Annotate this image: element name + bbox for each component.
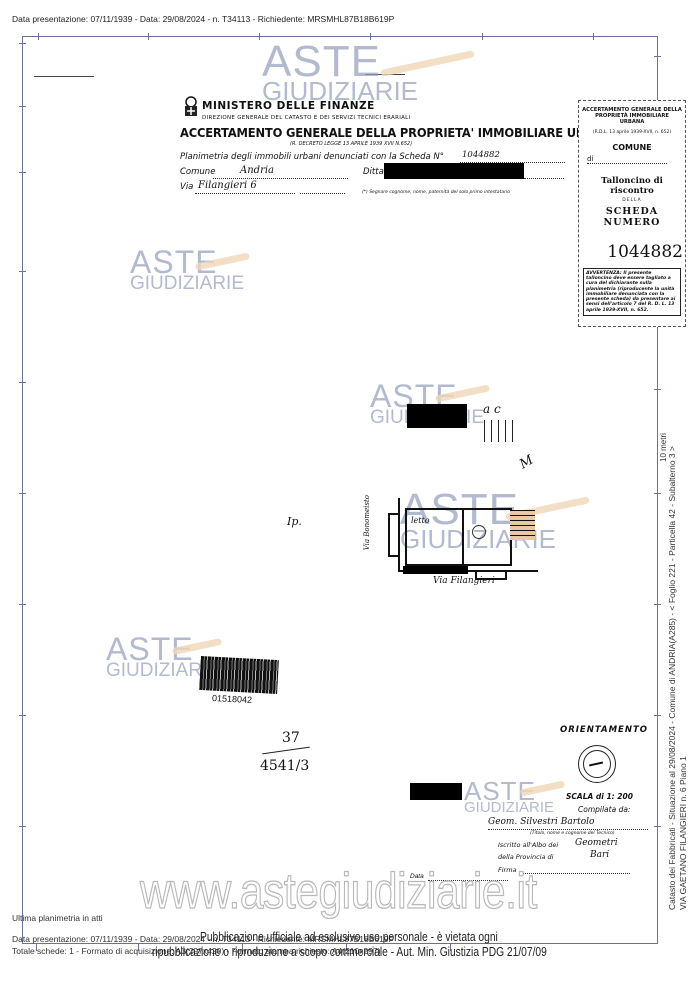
planimetria-label: Planimetria degli immobili urbani denunc… bbox=[180, 152, 444, 162]
albo-value: Geometri bbox=[575, 838, 618, 848]
ditta-line bbox=[524, 178, 564, 179]
document-header: MINISTERO DELLE FINANZE DIREZIONE GENERA… bbox=[180, 96, 570, 206]
balcony bbox=[388, 513, 400, 557]
orientation-label: ORIENTAMENTO bbox=[560, 725, 648, 735]
frame-tick bbox=[19, 172, 26, 173]
barcode bbox=[199, 656, 279, 694]
talloncino-stub: ACCERTAMENTO GENERALE DELLA PROPRIETÀ IM… bbox=[578, 100, 686, 327]
frame-tick bbox=[19, 43, 26, 44]
stub-della: DELLA bbox=[579, 198, 685, 203]
stub-scheda-numero: SCHEDA NUMERO bbox=[579, 206, 685, 228]
ditta-label: Ditta bbox=[363, 167, 384, 177]
frame-tick bbox=[148, 33, 149, 40]
stub-comune-label: COMUNE bbox=[579, 143, 685, 152]
footnote: (*) Segnare cognome, nome, paternità del… bbox=[362, 190, 510, 195]
decreto-text: (R. DECRETO LEGGE 13 APRILE 1939 XVII N.… bbox=[290, 141, 412, 147]
frame-tick bbox=[654, 56, 661, 57]
frame-tick bbox=[654, 389, 661, 390]
direzione-text: DIREZIONE GENERALE DEL CATASTO E DEI SER… bbox=[202, 115, 410, 121]
barcode-number: 01518042 bbox=[212, 693, 253, 705]
redacted-strip bbox=[403, 566, 468, 574]
frame-tick bbox=[259, 33, 260, 40]
frame-tick bbox=[654, 604, 661, 605]
via-line-2 bbox=[300, 193, 345, 194]
frame-tick bbox=[38, 33, 39, 40]
frame-tick bbox=[19, 271, 26, 272]
orientation-block: ORIENTAMENTO SCALA di 1: 200 Compilata d… bbox=[470, 725, 650, 885]
stub-decreto: (R.D.L. 13 aprile 1939-XVII, n. 652) bbox=[579, 130, 685, 135]
frame-tick bbox=[19, 715, 26, 716]
handwritten-number-top: 37 bbox=[282, 730, 300, 746]
comune-value: Andria bbox=[240, 165, 274, 176]
stub-avvertenza: AVVERTENZA: Il presente talloncino deve … bbox=[583, 268, 681, 316]
header-request-info: Data presentazione: 07/11/1939 - Data: 2… bbox=[12, 14, 394, 24]
document-title: ACCERTAMENTO GENERALE DELLA PROPRIETA' I… bbox=[180, 125, 620, 140]
comune-label: Comune bbox=[180, 167, 215, 177]
stub-di-label: di bbox=[587, 155, 667, 164]
redacted-owner bbox=[384, 163, 524, 179]
fraction-line bbox=[262, 747, 310, 755]
handwritten-initials: M bbox=[517, 453, 536, 473]
via-value: Filangieri 6 bbox=[198, 180, 257, 191]
frame-tick bbox=[19, 826, 26, 827]
scheda-number-handwritten: 1044882 bbox=[462, 150, 500, 160]
floor-plan: Via Bonomeisto letto Via Filangieri bbox=[365, 490, 565, 590]
watermark-aste: ASTE GIUDIZIARIE bbox=[130, 248, 244, 292]
redacted-block-2 bbox=[410, 783, 462, 800]
annotation-ip: Ip. bbox=[287, 515, 302, 528]
cadastral-info: Catasto dei Fabbricati - Situazione al 2… bbox=[667, 470, 677, 910]
via-line bbox=[195, 193, 295, 194]
provincia-value: Bari bbox=[590, 850, 609, 860]
sketch-lines bbox=[484, 420, 514, 442]
stub-number: 1044882 bbox=[579, 242, 685, 262]
scala-label: SCALA di 1: 200 bbox=[566, 792, 633, 801]
iscritto-label: Iscritto all'Albo dei bbox=[498, 841, 558, 849]
street-left-label: Via Bonomeisto bbox=[363, 495, 371, 550]
compiler-name: Geom. Silvestri Bartolo bbox=[488, 817, 594, 827]
publication-notice-2: ripubblicazione o riproduzione a scopo c… bbox=[152, 945, 547, 959]
frame-tick bbox=[19, 382, 26, 383]
stub-talloncino: Talloncino di riscontro bbox=[579, 176, 685, 196]
frame-tick bbox=[654, 826, 661, 827]
frame-tick bbox=[654, 715, 661, 716]
scan-mark bbox=[34, 76, 94, 77]
emblem-icon bbox=[182, 96, 200, 118]
frame-tick bbox=[19, 106, 26, 107]
provincia-label: della Provincia di bbox=[498, 853, 554, 861]
frame-tick bbox=[19, 604, 26, 605]
frame-tick bbox=[19, 493, 26, 494]
compiler-line bbox=[488, 829, 648, 830]
street-bottom-label: Via Filangieri bbox=[433, 576, 495, 586]
last-plan-label: Ultima planimetria in atti bbox=[12, 913, 103, 923]
via-label: Via bbox=[180, 182, 193, 192]
compass-icon bbox=[578, 745, 616, 783]
comune-line bbox=[213, 178, 348, 179]
staircase bbox=[510, 510, 535, 540]
stub-title: ACCERTAMENTO GENERALE DELLA PROPRIETÀ IM… bbox=[579, 107, 685, 126]
redacted-block bbox=[407, 404, 467, 428]
site-watermark: www.astegiudiziarie.it bbox=[140, 862, 537, 920]
handwritten-mark: a c bbox=[483, 402, 501, 416]
compilata-label: Compilata da: bbox=[578, 805, 630, 814]
handwritten-number-bottom: 4541/3 bbox=[260, 758, 309, 774]
room-2 bbox=[462, 508, 512, 566]
frame-tick bbox=[482, 33, 483, 40]
compiler-note: (Titolo, nome e cognome del Tecnico) bbox=[530, 831, 615, 836]
frame-tick bbox=[654, 493, 661, 494]
frame-tick bbox=[593, 33, 594, 40]
room-label: letto bbox=[411, 516, 430, 525]
room-marker bbox=[472, 525, 486, 539]
publication-notice-1: Pubblicazione ufficiale ad esclusivo uso… bbox=[200, 930, 498, 944]
address-info: VIA GAETANO FILANGIERI n. 6 Piano 1 bbox=[678, 680, 688, 910]
